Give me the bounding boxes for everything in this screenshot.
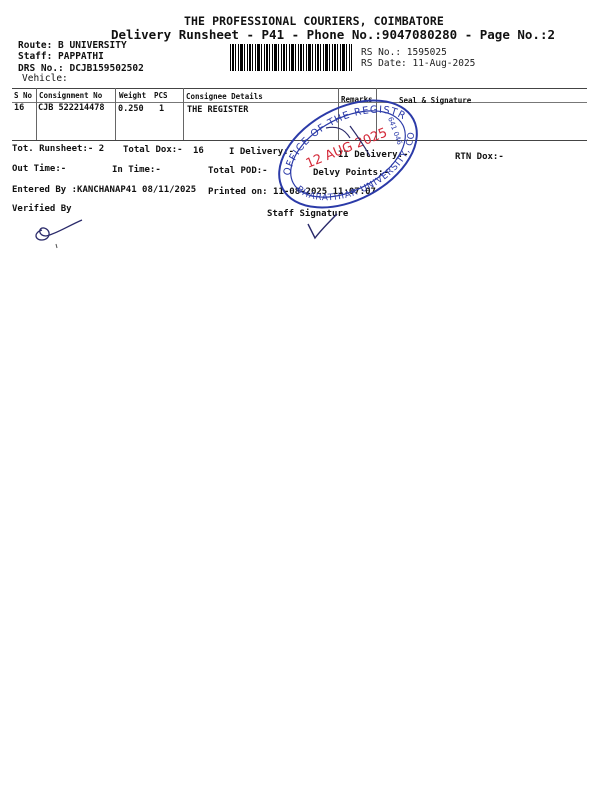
- col-header-weight: Weight: [119, 91, 146, 100]
- col-header-consignment: Consignment No: [39, 91, 102, 100]
- verified-signature-icon: [30, 212, 90, 252]
- runsheet-subtitle: Delivery Runsheet - P41 - Phone No.:9047…: [111, 27, 555, 42]
- col-divider: [36, 88, 37, 140]
- col-divider: [183, 88, 184, 140]
- total-dox-value: 16: [193, 146, 204, 156]
- col-header-sno: S No: [14, 91, 32, 100]
- total-pod: Total POD:-: [208, 166, 268, 176]
- in-time: In Time:-: [112, 165, 161, 175]
- barcode-icon: [230, 44, 352, 71]
- out-time: Out Time:-: [12, 164, 66, 174]
- table-top-border: [12, 88, 587, 89]
- tot-runsheet: Tot. Runsheet:- 2: [12, 144, 104, 154]
- rs-number: RS No.: 1595025: [361, 47, 447, 58]
- company-title: THE PROFESSIONAL COURIERS, COIMBATORE: [184, 14, 444, 28]
- entered-by: Entered By :KANCHANAP41 08/11/2025: [12, 185, 196, 195]
- registrar-stamp-icon: OFFICE OF THE REGISTRAR BHARATHIAR UNIVE…: [268, 98, 428, 208]
- staff-label: Staff: PAPPATHI: [18, 51, 104, 62]
- staff-signature-icon: [305, 212, 345, 242]
- col-header-pcs: PCS: [154, 91, 168, 100]
- col-divider: [115, 88, 116, 140]
- rs-date: RS Date: 11-Aug-2025: [361, 58, 475, 69]
- cell-pcs: 1: [159, 104, 164, 114]
- cell-sno: 16: [14, 103, 24, 113]
- rtn-dox: RTN Dox:-: [455, 152, 504, 162]
- cell-consignment-no: CJB 522214478: [38, 103, 105, 113]
- col-header-consignee: Consignee Details: [186, 92, 263, 101]
- route-label: Route: B UNIVERSITY: [18, 40, 127, 51]
- cell-consignee: THE REGISTER: [187, 105, 248, 115]
- cell-weight: 0.250: [118, 104, 144, 114]
- vehicle-label: Vehicle:: [22, 73, 68, 84]
- total-dox-label: Total Dox:-: [123, 145, 183, 155]
